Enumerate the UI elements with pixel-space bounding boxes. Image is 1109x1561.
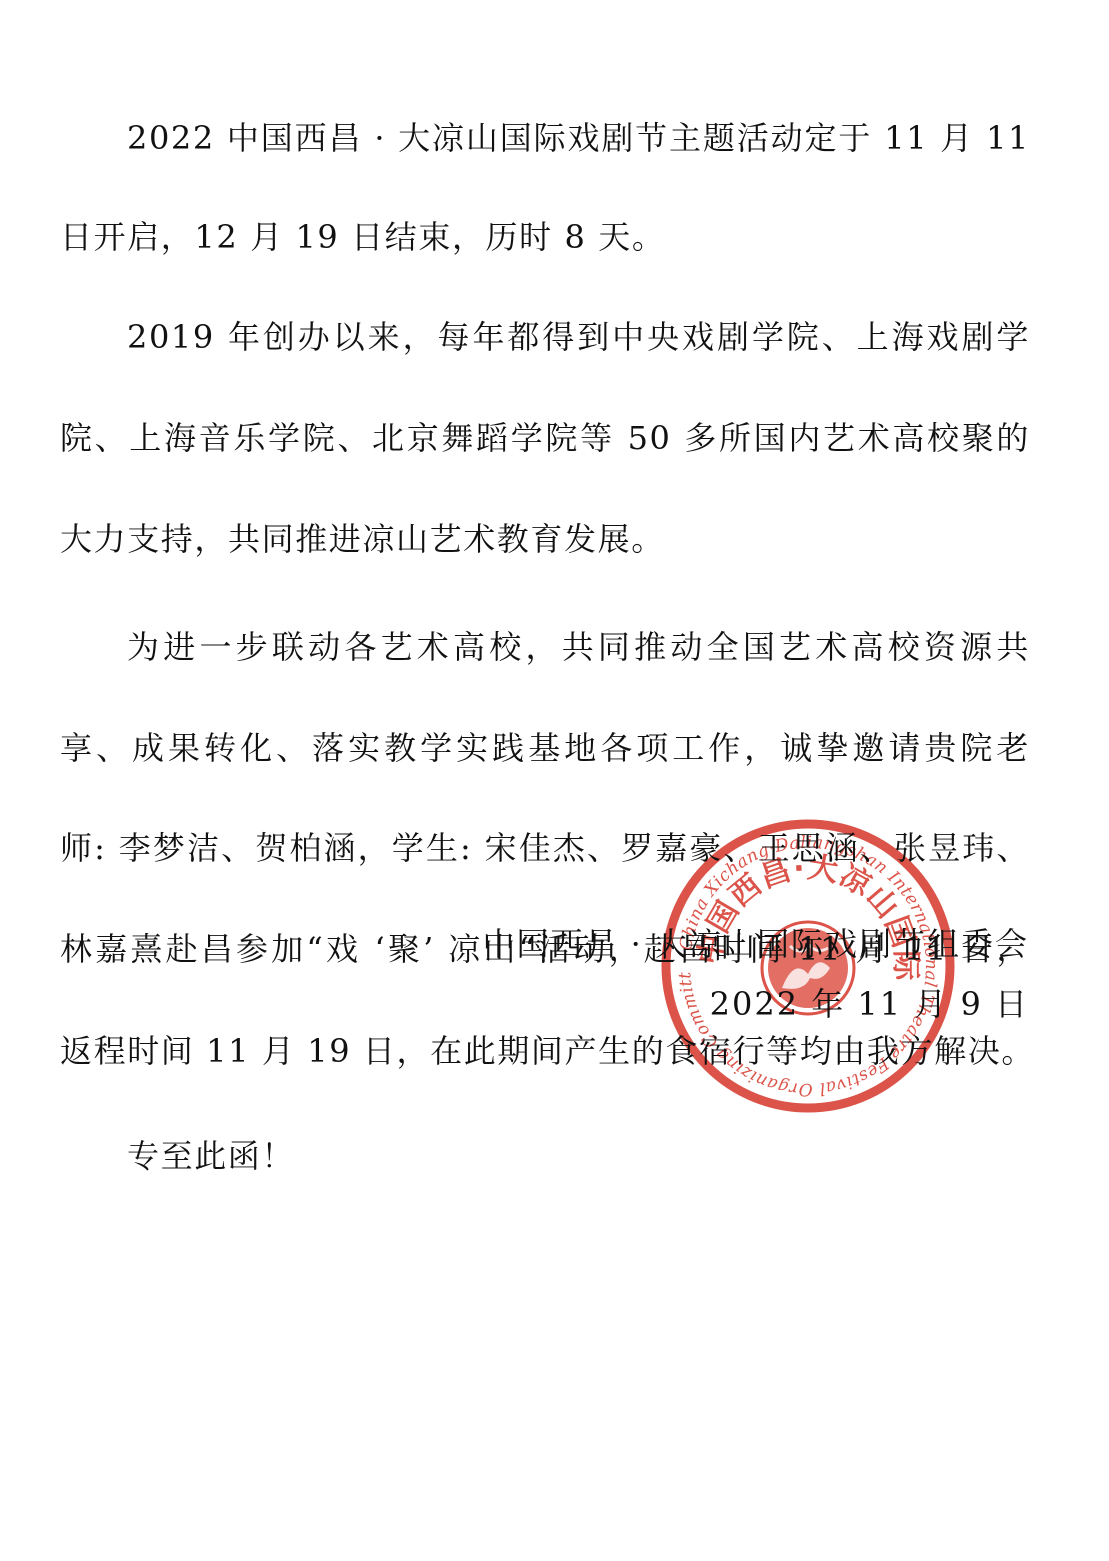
paragraph-1-line-1: 2022 中国西昌 · 大凉山国际戏剧节主题活动定于 11 月 11: [127, 118, 1030, 158]
signature-organization: 中国西昌 · 大凉山国际戏剧节组委会: [482, 924, 1029, 964]
paragraph-3-line-5: 返程时间 11 月 19 日，在此期间产生的食宿行等均由我方解决。: [60, 1031, 1030, 1071]
paragraph-2-line-3: 大力支持，共同推进凉山艺术教育发展。: [60, 519, 1030, 559]
signature-date: 2022 年 11 月 9 日: [710, 984, 1029, 1024]
paragraph-2-line-2: 院、上海音乐学院、北京舞蹈学院等 50 多所国内艺术高校聚的: [60, 418, 1030, 458]
paragraph-2-line-1: 2019 年创办以来，每年都得到中央戏剧学院、上海戏剧学: [127, 317, 1030, 357]
paragraph-1-line-2: 日开启，12 月 19 日结束，历时 8 天。: [60, 217, 1030, 257]
paragraph-3-line-2: 享、成果转化、落实教学实践基地各项工作，诚挚邀请贵院老: [60, 728, 1030, 768]
letter-page: 2022 中国西昌 · 大凉山国际戏剧节主题活动定于 11 月 11 日开启，1…: [0, 0, 1109, 1561]
paragraph-3-line-3: 师: 李梦洁、贺柏涵，学生: 宋佳杰、罗嘉豪、王思涵、张昱玮、: [60, 828, 1030, 868]
paragraph-3-line-1: 为进一步联动各艺术高校，共同推动全国艺术高校资源共: [127, 627, 1030, 667]
closing-line: 专至此函！: [127, 1136, 1030, 1176]
